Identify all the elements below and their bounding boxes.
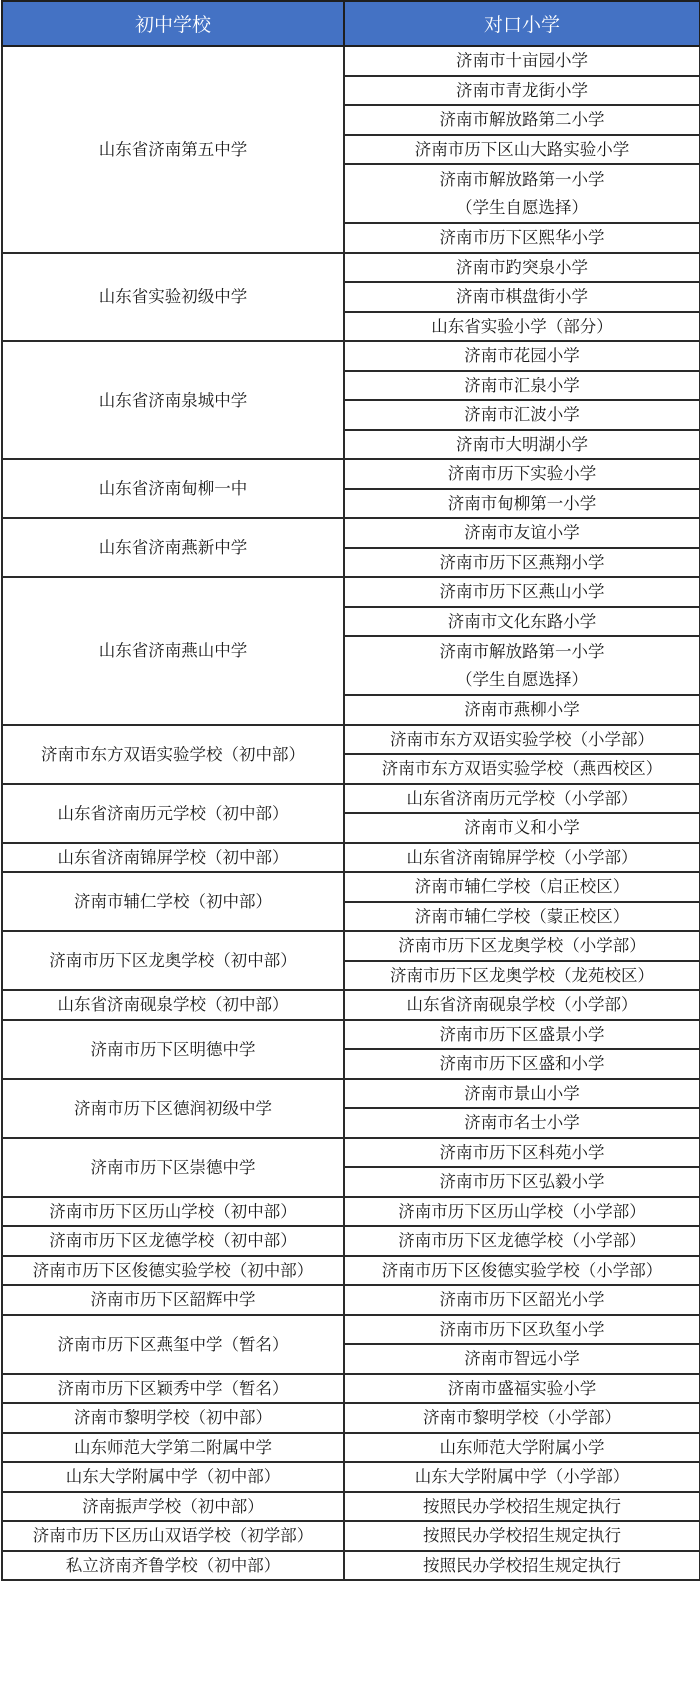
primary-school-name: 山东大学附属中学（小学部） bbox=[347, 1463, 697, 1490]
primary-school-cell: 济南市汇泉小学 bbox=[344, 371, 700, 401]
primary-school-name: 济南市历下区燕山小学 bbox=[347, 578, 697, 605]
primary-school-cell: 山东师范大学附属小学 bbox=[344, 1433, 700, 1463]
primary-school-name: 济南市大明湖小学 bbox=[347, 431, 697, 458]
middle-school-cell: 山东省济南甸柳一中 bbox=[2, 459, 344, 518]
table-row: 山东省济南燕新中学济南市友谊小学 bbox=[2, 518, 700, 548]
primary-school-cell: 按照民办学校招生规定执行 bbox=[344, 1551, 700, 1581]
middle-school-cell: 济南市历下区韶辉中学 bbox=[2, 1285, 344, 1315]
primary-school-cell: 济南市景山小学 bbox=[344, 1079, 700, 1109]
primary-school-name: 济南市历下区盛景小学 bbox=[347, 1021, 697, 1048]
primary-school-name: 济南市十亩园小学 bbox=[347, 47, 697, 74]
primary-school-cell: 济南市十亩园小学 bbox=[344, 46, 700, 76]
primary-school-name: 济南市历下区玖玺小学 bbox=[347, 1316, 697, 1343]
primary-school-cell: 济南市智远小学 bbox=[344, 1344, 700, 1374]
primary-school-cell: 济南市友谊小学 bbox=[344, 518, 700, 548]
table-row: 济南市黎明学校（初中部）济南市黎明学校（小学部） bbox=[2, 1403, 700, 1433]
primary-school-cell: 济南市历下区盛景小学 bbox=[344, 1020, 700, 1050]
table-row: 济南市历下区燕玺中学（暂名）济南市历下区玖玺小学 bbox=[2, 1315, 700, 1345]
primary-school-name: 按照民办学校招生规定执行 bbox=[347, 1522, 697, 1549]
primary-school-name: 济南市历下区科苑小学 bbox=[347, 1139, 697, 1166]
primary-school-name: （学生自愿选择） bbox=[347, 666, 697, 694]
primary-school-name: 济南市历下区盛和小学 bbox=[347, 1050, 697, 1077]
middle-school-cell: 济南市历下区燕玺中学（暂名） bbox=[2, 1315, 344, 1374]
middle-school-cell: 济南市历下区颖秀中学（暂名） bbox=[2, 1374, 344, 1404]
primary-school-cell: 济南市东方双语实验学校（燕西校区） bbox=[344, 754, 700, 784]
table-row: 济南市历下区颖秀中学（暂名）济南市盛福实验小学 bbox=[2, 1374, 700, 1404]
primary-school-name: 济南市解放路第一小学 bbox=[347, 638, 697, 666]
header-middle-school: 初中学校 bbox=[2, 1, 344, 46]
primary-school-name: 山东省济南锦屏学校（小学部） bbox=[347, 844, 697, 871]
table-body: 山东省济南第五中学济南市十亩园小学济南市青龙街小学济南市解放路第二小学济南市历下… bbox=[2, 46, 700, 1580]
table-row: 山东省济南砚泉学校（初中部）山东省济南砚泉学校（小学部） bbox=[2, 990, 700, 1020]
primary-school-cell: 山东省实验小学（部分） bbox=[344, 312, 700, 342]
primary-school-name: 济南市青龙街小学 bbox=[347, 77, 697, 104]
primary-school-name: 济南市盛福实验小学 bbox=[347, 1375, 697, 1402]
primary-school-name: 济南市花园小学 bbox=[347, 342, 697, 369]
primary-school-cell: 济南市历下区熙华小学 bbox=[344, 223, 700, 253]
primary-school-cell: 济南市解放路第一小学（学生自愿选择） bbox=[344, 636, 700, 695]
primary-school-cell: 山东省济南历元学校（小学部） bbox=[344, 784, 700, 814]
primary-school-cell: 山东省济南砚泉学校（小学部） bbox=[344, 990, 700, 1020]
table-row: 山东省济南第五中学济南市十亩园小学 bbox=[2, 46, 700, 76]
table-row: 济南市历下区历山学校（初中部）济南市历下区历山学校（小学部） bbox=[2, 1197, 700, 1227]
middle-school-cell: 山东省济南历元学校（初中部） bbox=[2, 784, 344, 843]
primary-school-cell: 济南市义和小学 bbox=[344, 813, 700, 843]
primary-school-name: 山东省济南砚泉学校（小学部） bbox=[347, 991, 697, 1018]
primary-school-cell: 济南市盛福实验小学 bbox=[344, 1374, 700, 1404]
primary-school-name: 济南市历下区韶光小学 bbox=[347, 1286, 697, 1313]
primary-school-name: 济南市东方双语实验学校（燕西校区） bbox=[347, 755, 697, 782]
primary-school-name: 山东省济南历元学校（小学部） bbox=[347, 785, 697, 812]
middle-school-cell: 济南市历下区俊德实验学校（初中部） bbox=[2, 1256, 344, 1286]
primary-school-cell: 济南市历下区盛和小学 bbox=[344, 1049, 700, 1079]
table-row: 山东省济南燕山中学济南市历下区燕山小学 bbox=[2, 577, 700, 607]
primary-school-name: 按照民办学校招生规定执行 bbox=[347, 1493, 697, 1520]
middle-school-cell: 山东师范大学第二附属中学 bbox=[2, 1433, 344, 1463]
primary-school-cell: 济南市历下区俊德实验学校（小学部） bbox=[344, 1256, 700, 1286]
primary-school-name: 济南市黎明学校（小学部） bbox=[347, 1404, 697, 1431]
primary-school-cell: 济南市历下区山大路实验小学 bbox=[344, 135, 700, 165]
table-row: 济南市历下区龙德学校（初中部）济南市历下区龙德学校（小学部） bbox=[2, 1226, 700, 1256]
primary-school-cell: 济南市汇波小学 bbox=[344, 400, 700, 430]
middle-school-cell: 山东省实验初级中学 bbox=[2, 253, 344, 342]
table-row: 山东省济南甸柳一中济南市历下实验小学 bbox=[2, 459, 700, 489]
primary-school-name: 山东省实验小学（部分） bbox=[347, 313, 697, 340]
primary-school-name: 济南市辅仁学校（启正校区） bbox=[347, 873, 697, 900]
table-row: 山东师范大学第二附属中学山东师范大学附属小学 bbox=[2, 1433, 700, 1463]
primary-school-name: 济南市汇泉小学 bbox=[347, 372, 697, 399]
table-row: 济南振声学校（初中部）按照民办学校招生规定执行 bbox=[2, 1492, 700, 1522]
primary-school-name: 济南市历下区龙奥学校（龙苑校区） bbox=[347, 962, 697, 989]
primary-school-name: 山东师范大学附属小学 bbox=[347, 1434, 697, 1461]
primary-school-name: 济南市文化东路小学 bbox=[347, 608, 697, 635]
primary-school-cell: 济南市历下区龙奥学校（小学部） bbox=[344, 931, 700, 961]
header-primary-school: 对口小学 bbox=[344, 1, 700, 46]
middle-school-cell: 济南市东方双语实验学校（初中部） bbox=[2, 725, 344, 784]
table-row: 济南市历下区韶辉中学济南市历下区韶光小学 bbox=[2, 1285, 700, 1315]
middle-school-cell: 山东省济南泉城中学 bbox=[2, 341, 344, 459]
table-row: 济南市历下区历山双语学校（初学部）按照民办学校招生规定执行 bbox=[2, 1521, 700, 1551]
primary-school-name: 济南市辅仁学校（蒙正校区） bbox=[347, 903, 697, 930]
primary-school-cell: 济南市黎明学校（小学部） bbox=[344, 1403, 700, 1433]
primary-school-cell: 济南市东方双语实验学校（小学部） bbox=[344, 725, 700, 755]
primary-school-cell: 济南市花园小学 bbox=[344, 341, 700, 371]
table-row: 山东大学附属中学（初中部）山东大学附属中学（小学部） bbox=[2, 1462, 700, 1492]
middle-school-cell: 济南振声学校（初中部） bbox=[2, 1492, 344, 1522]
primary-school-cell: 济南市历下区玖玺小学 bbox=[344, 1315, 700, 1345]
primary-school-cell: 济南市辅仁学校（蒙正校区） bbox=[344, 902, 700, 932]
primary-school-cell: 济南市燕柳小学 bbox=[344, 695, 700, 725]
primary-school-cell: 济南市历下区燕山小学 bbox=[344, 577, 700, 607]
table-row: 济南市历下区崇德中学济南市历下区科苑小学 bbox=[2, 1138, 700, 1168]
primary-school-cell: 济南市大明湖小学 bbox=[344, 430, 700, 460]
primary-school-cell: 济南市历下区韶光小学 bbox=[344, 1285, 700, 1315]
table-row: 山东省济南锦屏学校（初中部）山东省济南锦屏学校（小学部） bbox=[2, 843, 700, 873]
primary-school-name: 济南市历下区龙奥学校（小学部） bbox=[347, 932, 697, 959]
primary-school-cell: 济南市历下区龙奥学校（龙苑校区） bbox=[344, 961, 700, 991]
primary-school-cell: 按照民办学校招生规定执行 bbox=[344, 1492, 700, 1522]
primary-school-cell: 济南市历下区燕翔小学 bbox=[344, 548, 700, 578]
table-row: 济南市历下区德润初级中学济南市景山小学 bbox=[2, 1079, 700, 1109]
table-row: 山东省实验初级中学济南市趵突泉小学 bbox=[2, 253, 700, 283]
middle-school-cell: 济南市历下区龙奥学校（初中部） bbox=[2, 931, 344, 990]
middle-school-cell: 济南市辅仁学校（初中部） bbox=[2, 872, 344, 931]
primary-school-name: 济南市历下实验小学 bbox=[347, 460, 697, 487]
primary-school-name: 济南市景山小学 bbox=[347, 1080, 697, 1107]
primary-school-name: 济南市义和小学 bbox=[347, 814, 697, 841]
table-row: 山东省济南泉城中学济南市花园小学 bbox=[2, 341, 700, 371]
middle-school-cell: 济南市历下区历山双语学校（初学部） bbox=[2, 1521, 344, 1551]
table-row: 山东省济南历元学校（初中部）山东省济南历元学校（小学部） bbox=[2, 784, 700, 814]
primary-school-name: 济南市历下区弘毅小学 bbox=[347, 1168, 697, 1195]
middle-school-cell: 济南市历下区德润初级中学 bbox=[2, 1079, 344, 1138]
middle-school-cell: 济南市历下区崇德中学 bbox=[2, 1138, 344, 1197]
table-row: 济南市历下区明德中学济南市历下区盛景小学 bbox=[2, 1020, 700, 1050]
middle-school-cell: 山东省济南燕山中学 bbox=[2, 577, 344, 725]
middle-school-cell: 济南市历下区龙德学校（初中部） bbox=[2, 1226, 344, 1256]
middle-school-cell: 济南市历下区历山学校（初中部） bbox=[2, 1197, 344, 1227]
primary-school-cell: 济南市历下区弘毅小学 bbox=[344, 1167, 700, 1197]
primary-school-name: （学生自愿选择） bbox=[347, 194, 697, 222]
school-mapping-table: 初中学校 对口小学 山东省济南第五中学济南市十亩园小学济南市青龙街小学济南市解放… bbox=[1, 0, 700, 1581]
primary-school-name: 按照民办学校招生规定执行 bbox=[347, 1552, 697, 1579]
primary-school-cell: 济南市名士小学 bbox=[344, 1108, 700, 1138]
primary-school-cell: 济南市历下区历山学校（小学部） bbox=[344, 1197, 700, 1227]
primary-school-cell: 济南市趵突泉小学 bbox=[344, 253, 700, 283]
primary-school-cell: 济南市历下区科苑小学 bbox=[344, 1138, 700, 1168]
primary-school-name: 济南市汇波小学 bbox=[347, 401, 697, 428]
primary-school-name: 济南市名士小学 bbox=[347, 1109, 697, 1136]
primary-school-cell: 济南市历下区龙德学校（小学部） bbox=[344, 1226, 700, 1256]
primary-school-cell: 山东省济南锦屏学校（小学部） bbox=[344, 843, 700, 873]
primary-school-cell: 济南市青龙街小学 bbox=[344, 76, 700, 106]
primary-school-cell: 济南市甸柳第一小学 bbox=[344, 489, 700, 519]
table-row: 济南市历下区龙奥学校（初中部）济南市历下区龙奥学校（小学部） bbox=[2, 931, 700, 961]
middle-school-cell: 山东省济南第五中学 bbox=[2, 46, 344, 253]
primary-school-cell: 济南市文化东路小学 bbox=[344, 607, 700, 637]
middle-school-cell: 私立济南齐鲁学校（初中部） bbox=[2, 1551, 344, 1581]
primary-school-name: 济南市历下区龙德学校（小学部） bbox=[347, 1227, 697, 1254]
middle-school-cell: 山东省济南燕新中学 bbox=[2, 518, 344, 577]
primary-school-name: 济南市甸柳第一小学 bbox=[347, 490, 697, 517]
table-row: 私立济南齐鲁学校（初中部）按照民办学校招生规定执行 bbox=[2, 1551, 700, 1581]
primary-school-name: 济南市历下区历山学校（小学部） bbox=[347, 1198, 697, 1225]
primary-school-name: 济南市历下区山大路实验小学 bbox=[347, 136, 697, 163]
primary-school-name: 济南市解放路第一小学 bbox=[347, 166, 697, 194]
primary-school-name: 济南市解放路第二小学 bbox=[347, 106, 697, 133]
primary-school-name: 济南市历下区燕翔小学 bbox=[347, 549, 697, 576]
primary-school-name: 济南市燕柳小学 bbox=[347, 696, 697, 723]
primary-school-cell: 济南市解放路第二小学 bbox=[344, 105, 700, 135]
middle-school-cell: 山东省济南砚泉学校（初中部） bbox=[2, 990, 344, 1020]
primary-school-cell: 济南市历下实验小学 bbox=[344, 459, 700, 489]
middle-school-cell: 济南市黎明学校（初中部） bbox=[2, 1403, 344, 1433]
middle-school-cell: 山东省济南锦屏学校（初中部） bbox=[2, 843, 344, 873]
table-row: 济南市东方双语实验学校（初中部）济南市东方双语实验学校（小学部） bbox=[2, 725, 700, 755]
primary-school-cell: 济南市辅仁学校（启正校区） bbox=[344, 872, 700, 902]
table-row: 济南市辅仁学校（初中部）济南市辅仁学校（启正校区） bbox=[2, 872, 700, 902]
primary-school-name: 济南市东方双语实验学校（小学部） bbox=[347, 726, 697, 753]
primary-school-name: 济南市友谊小学 bbox=[347, 519, 697, 546]
primary-school-cell: 按照民办学校招生规定执行 bbox=[344, 1521, 700, 1551]
primary-school-name: 济南市历下区熙华小学 bbox=[347, 224, 697, 251]
primary-school-name: 济南市趵突泉小学 bbox=[347, 254, 697, 281]
middle-school-cell: 济南市历下区明德中学 bbox=[2, 1020, 344, 1079]
primary-school-name: 济南市历下区俊德实验学校（小学部） bbox=[347, 1257, 697, 1284]
primary-school-cell: 山东大学附属中学（小学部） bbox=[344, 1462, 700, 1492]
middle-school-cell: 山东大学附属中学（初中部） bbox=[2, 1462, 344, 1492]
primary-school-name: 济南市棋盘街小学 bbox=[347, 283, 697, 310]
primary-school-cell: 济南市解放路第一小学（学生自愿选择） bbox=[344, 164, 700, 223]
primary-school-name: 济南市智远小学 bbox=[347, 1345, 697, 1372]
table-row: 济南市历下区俊德实验学校（初中部）济南市历下区俊德实验学校（小学部） bbox=[2, 1256, 700, 1286]
primary-school-cell: 济南市棋盘街小学 bbox=[344, 282, 700, 312]
header-row: 初中学校 对口小学 bbox=[2, 1, 700, 46]
